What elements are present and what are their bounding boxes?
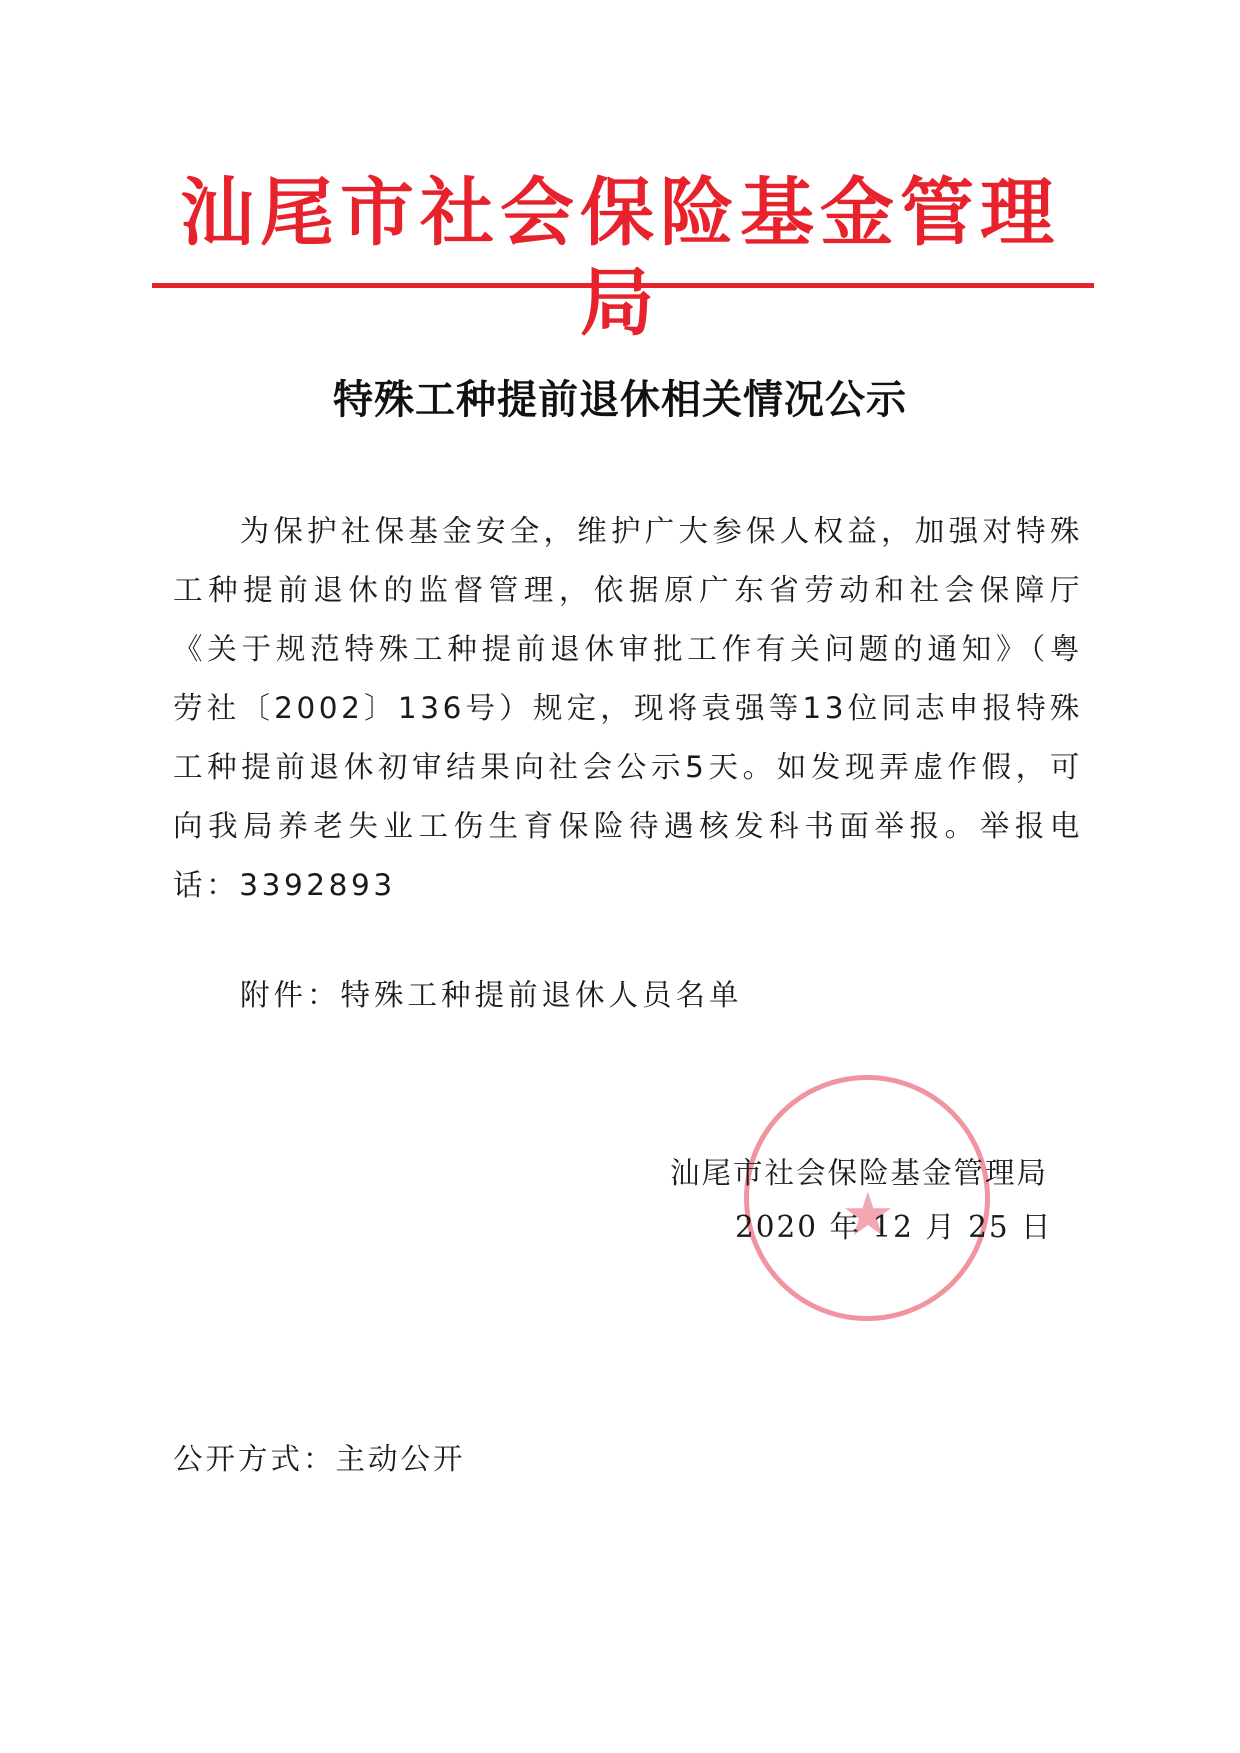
document-title: 特殊工种提前退休相关情况公示 [0,368,1240,425]
signer-org: 汕尾市社会保险基金管理局 [670,1150,1048,1192]
document-body: 为保护社保基金安全，维护广大参保人权益，加强对特殊工种提前退休的监督管理，依据原… [173,502,1083,915]
letterhead-divider [152,283,1094,288]
attachment-line: 附件：特殊工种提前退休人员名单 [240,972,743,1014]
disclosure-method: 公开方式：主动公开 [173,1436,466,1478]
official-seal: ★ [744,1075,990,1321]
letterhead-org-name: 汕尾市社会保险基金管理局 [150,168,1090,348]
issue-date: 2020 年 12 月 25 日 [735,1204,1053,1246]
body-paragraph: 为保护社保基金安全，维护广大参保人权益，加强对特殊工种提前退休的监督管理，依据原… [173,514,1083,902]
